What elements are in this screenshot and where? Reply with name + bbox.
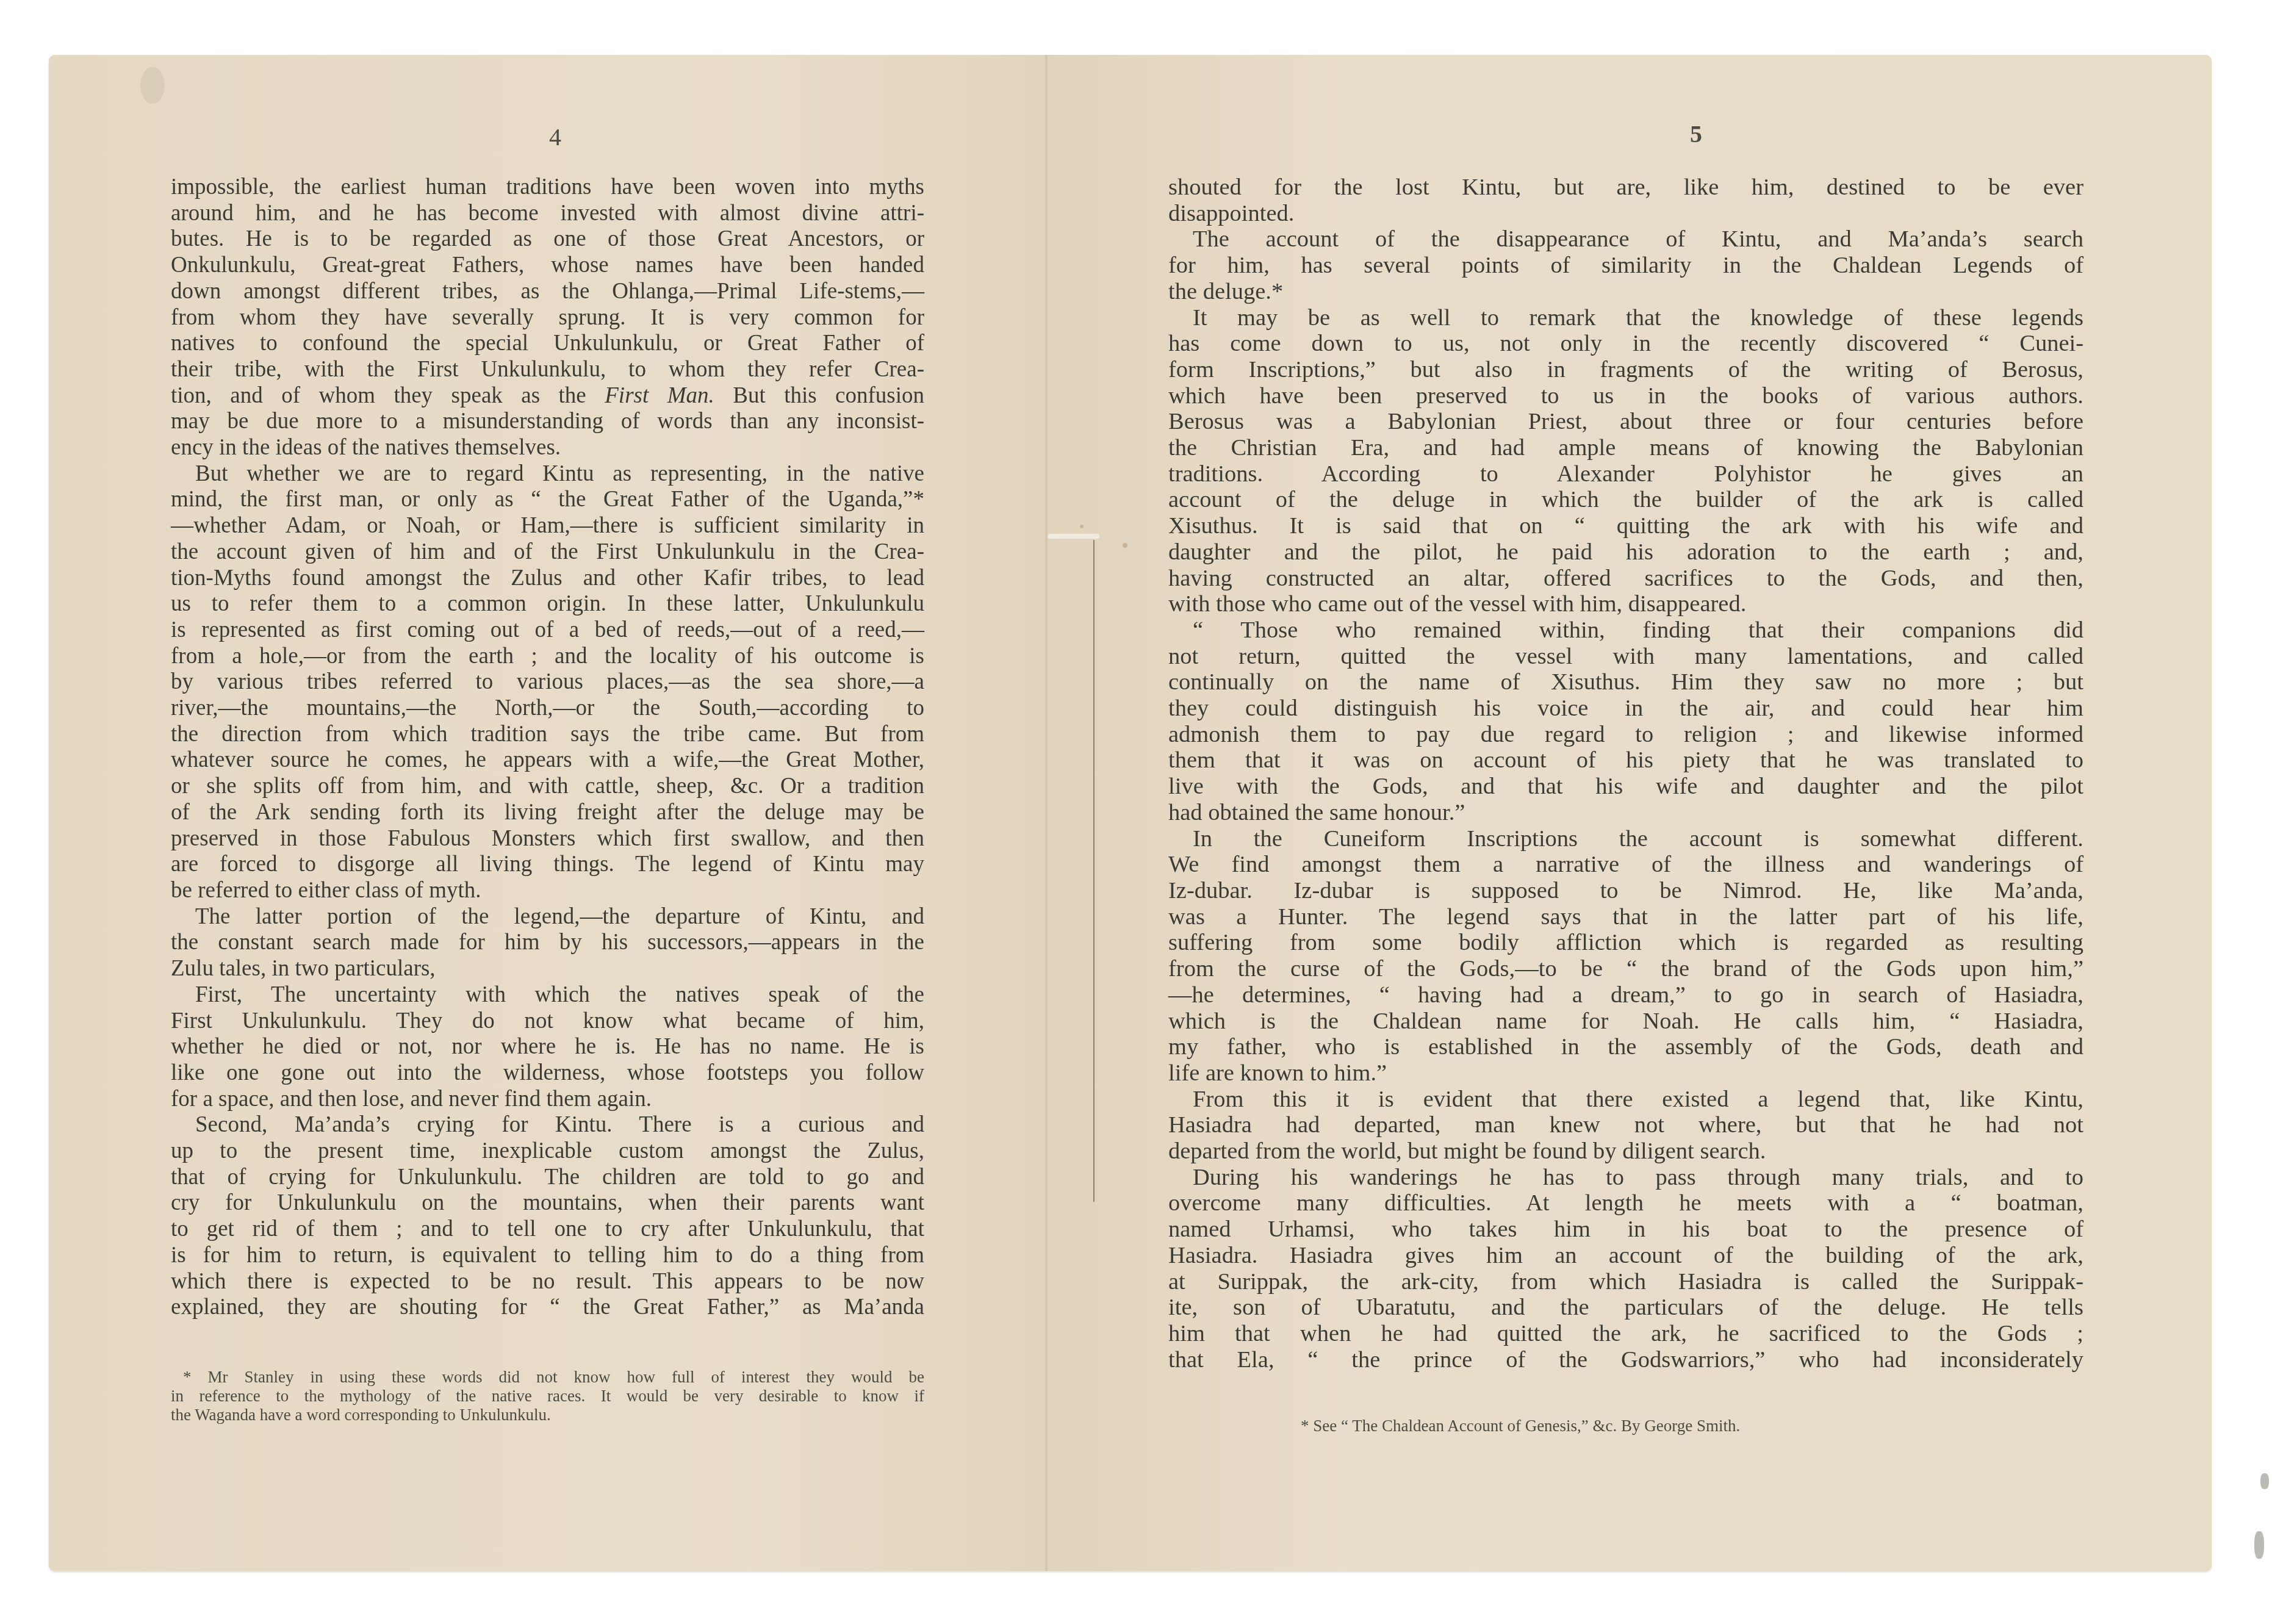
text-line: river,—the mountains,—the North,—or the … (171, 695, 924, 722)
text-line: of the Ark sending forth its living frei… (171, 800, 924, 826)
paragraph-start: During his wanderings he has to pass thr… (1168, 1165, 2083, 1191)
text-line: account of the deluge in which the build… (1168, 487, 2083, 513)
text-line: they could distinguish his voice in the … (1168, 695, 2083, 722)
text-line: Zulu tales, in two particulars, (171, 956, 924, 982)
binding-thread-knot (1048, 534, 1099, 539)
footnote-line: the Waganda have a word corresponding to… (171, 1406, 924, 1425)
text-line: by various tribes referred to various pl… (171, 669, 924, 695)
text-line: preserved in those Fabulous Monsters whi… (171, 826, 924, 852)
text-line: —he determines, “ having had a dream,” t… (1168, 982, 2083, 1008)
text-line: ite, son of Ubaratutu, and the particula… (1168, 1295, 2083, 1321)
text-line: my father, who is established in the ass… (1168, 1034, 2083, 1060)
text-fragment: tion, and of whom they speak as the (171, 383, 605, 408)
text-line: the Christian Era, and had ample means o… (1168, 435, 2083, 461)
text-line: which there is expected to be no result.… (171, 1269, 924, 1295)
paper-stain (140, 67, 165, 104)
text-line: with those who came out of the vessel wi… (1168, 591, 2083, 617)
text-line: Hasiadra had departed, man knew not wher… (1168, 1112, 2083, 1138)
text-line: having constructed an altar, offered sac… (1168, 566, 2083, 592)
text-line: to get rid of them ; and to tell one to … (171, 1216, 924, 1243)
text-line: butes. He is to be regarded as one of th… (171, 226, 924, 253)
text-line: natives to confound the special Unkulunk… (171, 331, 924, 357)
italic-phrase: First Man. (605, 383, 714, 408)
text-line: or she splits off from him, and with cat… (171, 774, 924, 800)
text-line: from the curse of the Gods,—to be “ the … (1168, 956, 2083, 982)
text-line: which is the Chaldean name for Noah. He … (1168, 1008, 2083, 1035)
paper-speck (1080, 525, 1084, 528)
page-number-left: 4 (549, 125, 561, 149)
right-page-footnote: * See “ The Chaldean Account of Genesis,… (1301, 1417, 2094, 1435)
text-line: live with the Gods, and that his wife an… (1168, 774, 2083, 800)
text-line: First Unkulunkulu. They do not know what… (171, 1008, 924, 1035)
footnote-line: in reference to the mythology of the nat… (171, 1387, 924, 1406)
text-line: the deluge.* (1168, 279, 2083, 305)
text-line: him that when he had quitted the ark, he… (1168, 1321, 2083, 1347)
text-line: We find amongst them a narrative of the … (1168, 852, 2083, 878)
text-line: be referred to either class of myth. (171, 878, 924, 904)
text-line: had obtained the same honour.” (1168, 800, 2083, 826)
text-line: which have been preserved to us in the b… (1168, 383, 2083, 409)
text-line: from a hole,—or from the earth ; and the… (171, 644, 924, 670)
text-line: tion-Myths found amongst the Zulus and o… (171, 566, 924, 592)
text-line: Berosus was a Babylonian Priest, about t… (1168, 409, 2083, 435)
text-line: Onkulunkulu, Great-great Fathers, whose … (171, 253, 924, 279)
text-line: traditions. According to Alexander Polyh… (1168, 461, 2083, 487)
text-line: their tribe, with the First Unkulunkulu,… (171, 357, 924, 383)
text-line: cry for Unkulunkulu on the mountains, wh… (171, 1190, 924, 1216)
text-line: the direction from which tradition says … (171, 722, 924, 748)
text-line: the account given of him and of the Firs… (171, 539, 924, 566)
paper-speck (1123, 543, 1127, 548)
text-line: us to refer them to a common origin. In … (171, 591, 924, 617)
text-line: mind, the first man, or only as “ the Gr… (171, 487, 924, 513)
text-line: up to the present time, inexplicable cus… (171, 1138, 924, 1165)
text-line: is represented as first coming out of a … (171, 617, 924, 644)
text-line: explained, they are shouting for “ the G… (171, 1295, 924, 1321)
paragraph-start: Second, Ma’anda’s crying for Kintu. Ther… (171, 1112, 924, 1138)
text-line: departed from the world, but might be fo… (1168, 1138, 2083, 1165)
text-line: whether he died or not, nor where he is.… (171, 1034, 924, 1060)
open-pamphlet-spread: 4 impossible, the earliest human traditi… (49, 55, 2212, 1571)
text-line: is for him to return, is equivalent to t… (171, 1243, 924, 1269)
text-line: Xisuthus. It is said that on “ quitting … (1168, 513, 2083, 539)
text-line: impossible, the earliest human tradition… (171, 174, 924, 201)
text-line: may be due more to a misunderstanding of… (171, 409, 924, 435)
text-line: for him, has several points of similarit… (1168, 253, 2083, 279)
text-line: whatever source he comes, he appears wit… (171, 747, 924, 774)
text-line-with-italic: tion, and of whom they speak as the Firs… (171, 383, 924, 409)
paper-fragment (2260, 1473, 2269, 1489)
text-line: admonish them to pay due regard to relig… (1168, 722, 2083, 748)
text-fragment: But this confusion (714, 383, 924, 408)
text-line: form Inscriptions,” but also in fragment… (1168, 357, 2083, 383)
text-line: Hasiadra. Hasiadra gives him an account … (1168, 1243, 2083, 1269)
text-line: that Ela, “ the prince of the Godswarrio… (1168, 1347, 2083, 1373)
text-line: life are known to him.” (1168, 1060, 2083, 1087)
text-line: from whom they have severally sprung. It… (171, 305, 924, 331)
paragraph-start: In the Cuneiform Inscriptions the accoun… (1168, 826, 2083, 852)
paragraph-start: The latter portion of the legend,—the de… (171, 904, 924, 930)
left-page-body: impossible, the earliest human tradition… (171, 174, 924, 1321)
text-line: named Urhamsi, who takes him in his boat… (1168, 1216, 2083, 1243)
text-line: for a space, and then lose, and never fi… (171, 1087, 924, 1113)
text-line: are forced to disgorge all living things… (171, 852, 924, 878)
paragraph-start: First, The uncertainty with which the na… (171, 982, 924, 1008)
text-line: the constant search made for him by his … (171, 930, 924, 956)
text-line: ency in the ideas of the natives themsel… (171, 435, 924, 461)
text-line: overcome many difficulties. At length he… (1168, 1190, 2083, 1216)
text-line: continually on the name of Xisuthus. Him… (1168, 669, 2083, 695)
text-line: disappointed. (1168, 201, 2083, 227)
page-number-right: 5 (1690, 122, 1702, 146)
text-line: has come down to us, not only in the rec… (1168, 331, 2083, 357)
text-line: around him, and he has become invested w… (171, 201, 924, 227)
footnote-line: * Mr Stanley in using these words did no… (171, 1368, 924, 1387)
text-line: them that it was on account of his piety… (1168, 747, 2083, 774)
text-line: that of crying for Unkulunkulu. The chil… (171, 1165, 924, 1191)
text-line: not return, quitted the vessel with many… (1168, 644, 2083, 670)
book-spine (1044, 55, 1048, 1571)
text-line: was a Hunter. The legend says that in th… (1168, 904, 2083, 930)
paragraph-start: It may be as well to remark that the kno… (1168, 305, 2083, 331)
text-line: down amongst different tribes, as the Oh… (171, 279, 924, 305)
text-line: —whether Adam, or Noah, or Ham,—there is… (171, 513, 924, 539)
paragraph-start: From this it is evident that there exist… (1168, 1087, 2083, 1113)
text-line: shouted for the lost Kintu, but are, lik… (1168, 174, 2083, 201)
paragraph-start: But whether we are to regard Kintu as re… (171, 461, 924, 487)
right-page-body: shouted for the lost Kintu, but are, lik… (1168, 174, 2083, 1373)
paragraph-start: “ Those who remained within, finding tha… (1168, 617, 2083, 644)
text-line: at Surippak, the ark-city, from which Ha… (1168, 1269, 2083, 1295)
left-page-footnote: * Mr Stanley in using these words did no… (171, 1368, 924, 1425)
paper-fragment (2254, 1531, 2264, 1559)
text-line: suffering from some bodily affliction wh… (1168, 930, 2083, 956)
text-line: Iz-dubar. Iz-dubar is supposed to be Nim… (1168, 878, 2083, 904)
text-line: like one gone out into the wilderness, w… (171, 1060, 924, 1087)
paragraph-start: The account of the disappearance of Kint… (1168, 226, 2083, 253)
text-line: daughter and the pilot, he paid his ador… (1168, 539, 2083, 566)
binding-thread (1093, 540, 1095, 1202)
